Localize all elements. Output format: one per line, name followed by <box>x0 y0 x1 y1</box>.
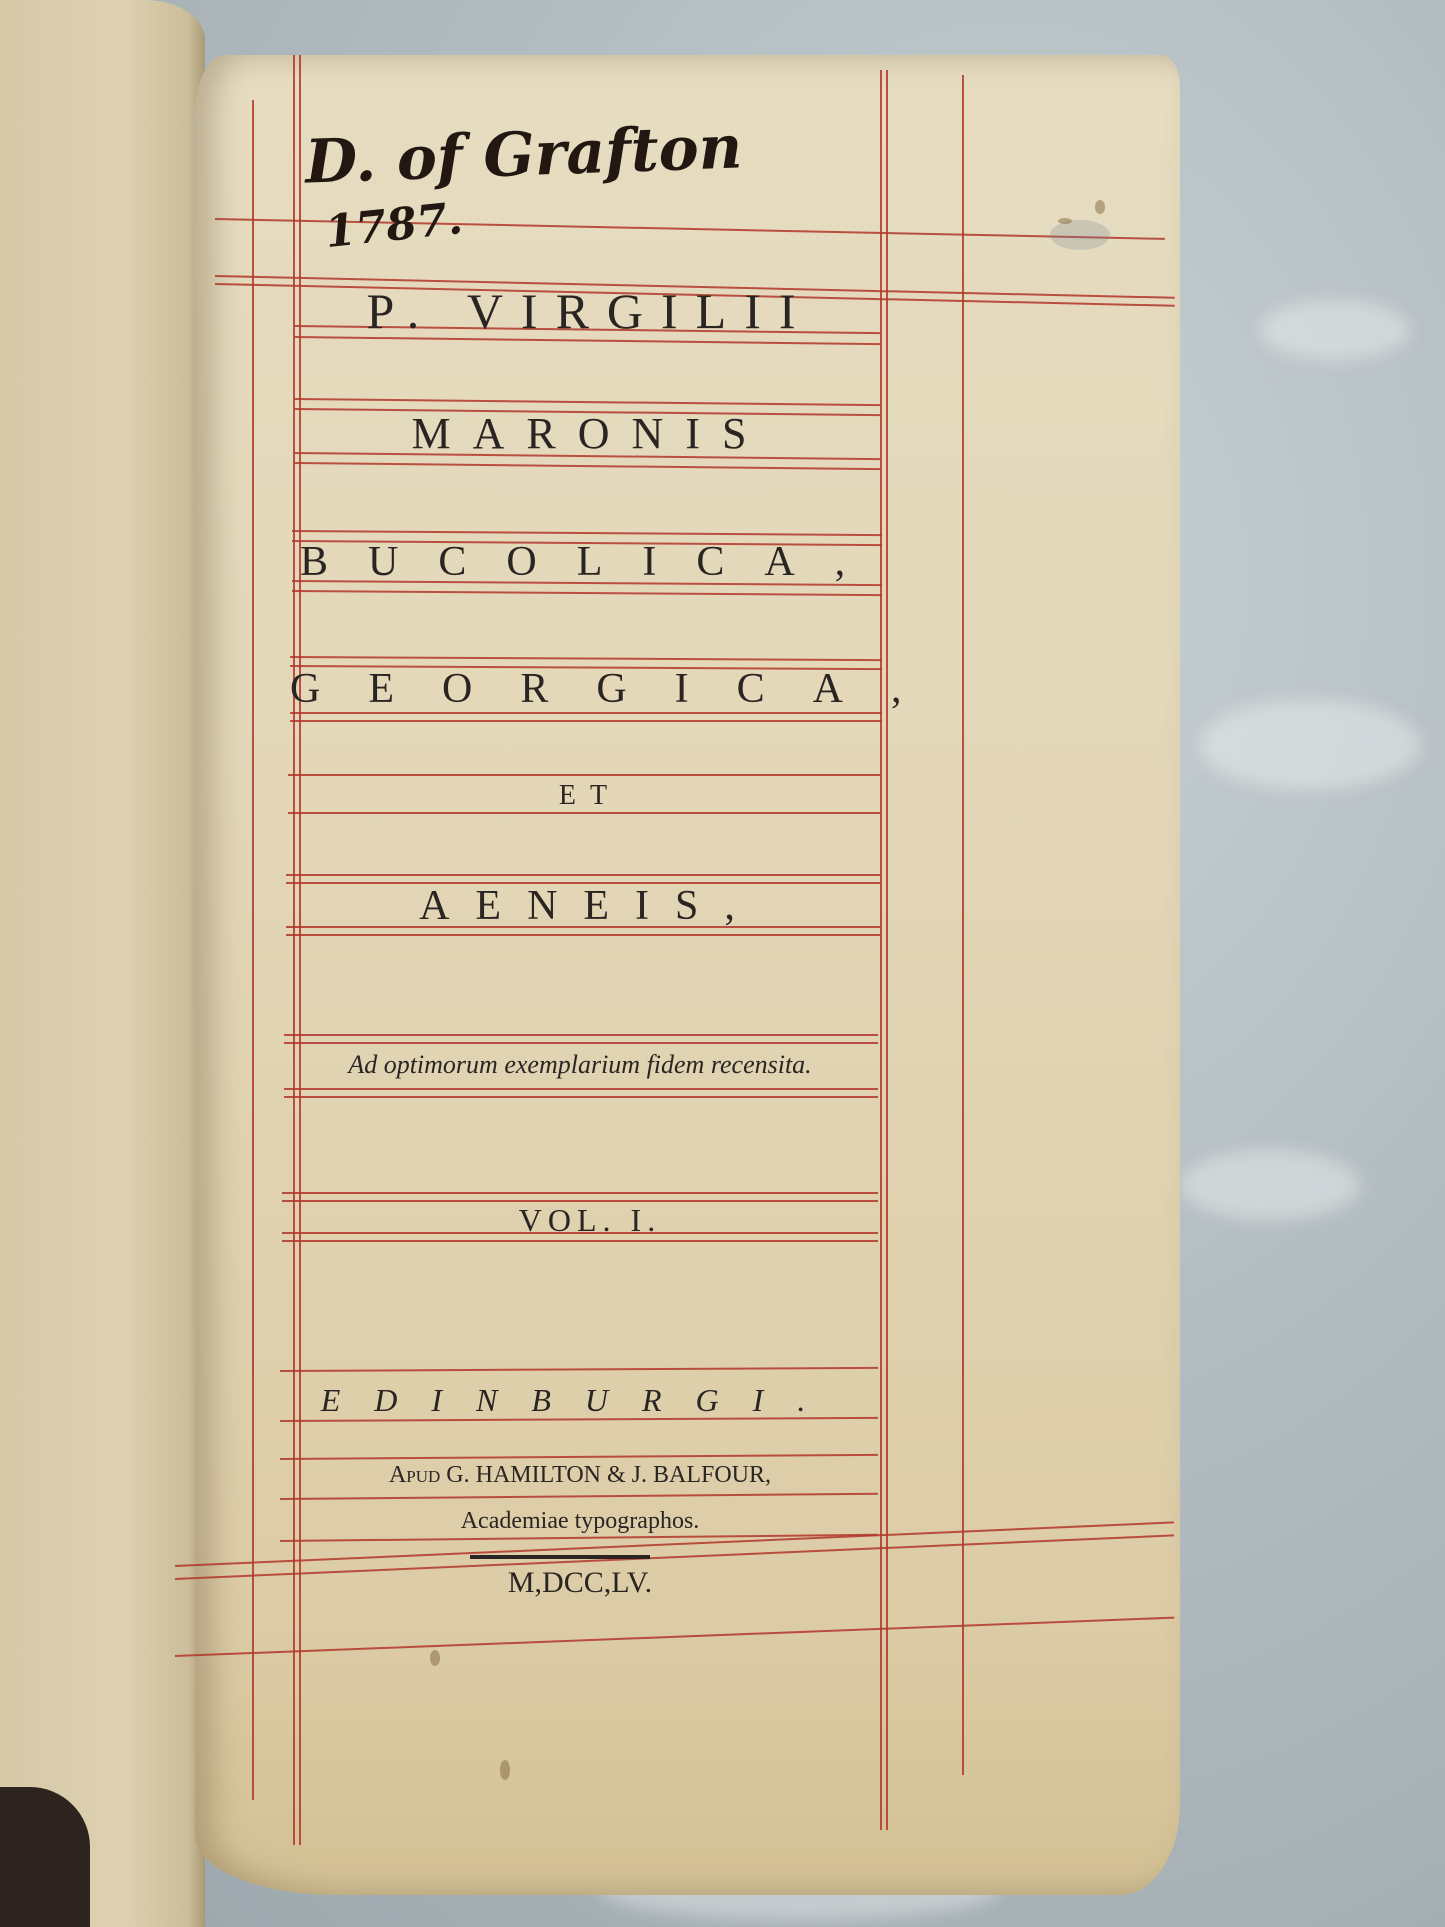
title-subtitle: Ad optimorum exemplarium fidem recensita… <box>290 1050 870 1080</box>
red-rule-horizontal <box>284 1096 878 1098</box>
foxing-spot <box>1050 220 1110 250</box>
title-line-maronis: MARONIS <box>300 408 880 459</box>
title-line-bucolica: BUCOLICA, <box>300 538 880 586</box>
foxing-spot <box>500 1760 510 1780</box>
title-line-et: ET <box>300 780 880 812</box>
title-line-georgica: GEORGICA, <box>290 665 890 713</box>
red-rule-horizontal <box>284 1088 878 1090</box>
red-rule-vertical <box>880 70 882 1830</box>
red-rule-vertical <box>252 100 254 1800</box>
red-rule-horizontal <box>286 874 880 876</box>
foxing-spot <box>1058 218 1072 224</box>
red-rule-horizontal <box>286 934 880 936</box>
red-rule-horizontal <box>284 1034 878 1036</box>
imprint-printers: Apud G. HAMILTON & J. BALFOUR, <box>290 1462 870 1489</box>
red-rule-horizontal <box>282 1240 878 1242</box>
marble-vein <box>1200 700 1420 790</box>
imprint-role: Academiae typographos. <box>290 1508 870 1535</box>
imprint-date: M,DCC,LV. <box>290 1566 870 1600</box>
red-rule-horizontal <box>288 774 880 776</box>
red-rule-horizontal <box>284 1042 878 1044</box>
volume-number: VOL. I. <box>300 1202 880 1239</box>
foxing-spot <box>430 1650 440 1666</box>
title-line-author: P. VIRGILII <box>300 282 880 340</box>
red-rule-horizontal <box>290 720 882 722</box>
red-rule-vertical <box>886 70 888 1830</box>
foxing-spot <box>1095 200 1105 214</box>
left-page <box>0 0 205 1927</box>
title-line-aeneis: AENEIS, <box>300 882 880 930</box>
red-rule-horizontal <box>288 812 880 814</box>
red-rule-vertical <box>962 75 964 1775</box>
marble-vein <box>1260 300 1410 360</box>
red-rule-horizontal <box>282 1192 878 1194</box>
imprint-city: EDINBURGI. <box>300 1382 860 1419</box>
marble-vein <box>1180 1150 1360 1220</box>
imprint-rule <box>470 1555 650 1559</box>
